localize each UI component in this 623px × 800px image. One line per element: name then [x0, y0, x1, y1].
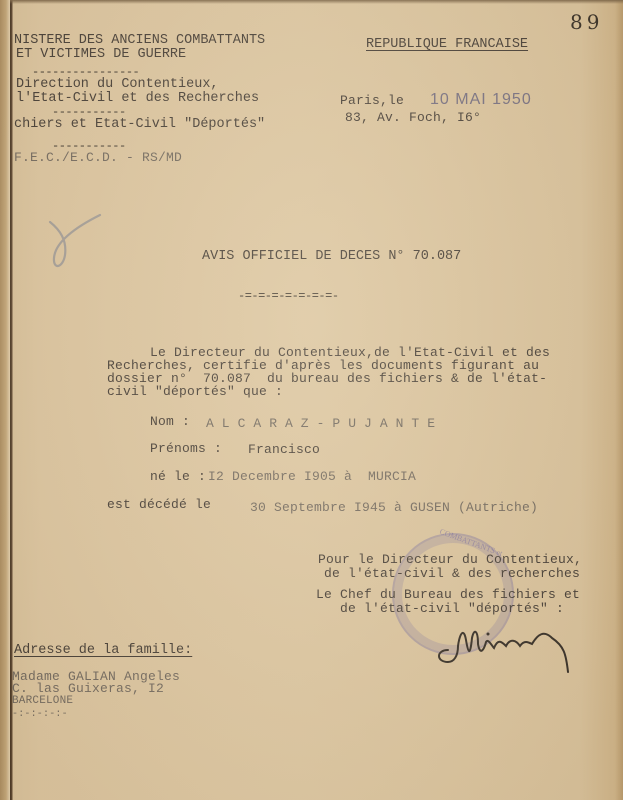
birth-label: né le : — [150, 470, 206, 484]
bureau-line: chiers et Etat-Civil "Déportés" — [14, 117, 265, 132]
nom-label: Nom : — [150, 415, 190, 429]
republic-heading: REPUBLIQUE FRANCAISE — [366, 37, 528, 52]
family-address-line-3: BARCELONE — [12, 694, 73, 708]
death-value: 30 Septembre I945 à GUSEN (Autriche) — [250, 501, 538, 515]
signature-line-3: Le Chef du Bureau des fichiers et — [316, 588, 580, 602]
prenoms-value: Francisco — [248, 443, 320, 457]
date-stamp: 10 MAI 1950 — [430, 91, 532, 109]
death-label: est décédé le — [107, 498, 211, 512]
title-divider: -=-=-=-=-=-=-=- — [238, 290, 339, 302]
nom-value: ALCARAZ-PUJANTE — [206, 417, 443, 431]
page-number: 89 — [570, 10, 603, 34]
family-address-divider: -:-:-:-:- — [12, 708, 68, 722]
reference-code: F.E.C./E.C.D. - RS/MD — [14, 151, 182, 165]
signature-line-1: Pour le Directeur du Contentieux, — [318, 553, 582, 567]
ministry-line-2: ET VICTIMES DE GUERRE — [16, 47, 186, 62]
prenoms-label: Prénoms : — [150, 442, 222, 456]
body-line-4: civil "déportés" que : — [107, 385, 283, 399]
handwritten-mark-icon — [45, 210, 105, 275]
birth-value: I2 Decembre I905 à MURCIA — [208, 470, 416, 484]
ministry-line-1: NISTERE DES ANCIENS COMBATTANTS — [14, 33, 265, 48]
page-edge — [10, 0, 623, 4]
place-label: Paris,le — [340, 94, 404, 108]
family-address-heading: Adresse de la famille: — [14, 643, 192, 658]
document-page: 89 NISTERE DES ANCIENS COMBATTANTS ET VI… — [0, 0, 623, 800]
document-title: AVIS OFFICIEL DE DECES N° 70.087 — [202, 249, 461, 264]
signature-line-4: de l'état-civil "déportés" : — [340, 602, 564, 616]
direction-line-2: l'Etat-Civil et des Recherches — [16, 91, 259, 106]
signature-icon — [430, 620, 580, 680]
office-address: 83, Av. Foch, I6° — [345, 111, 481, 125]
direction-line-1: Direction du Contentieux, — [16, 77, 219, 92]
signature-line-2: de l'état-civil & des recherches — [324, 567, 580, 581]
